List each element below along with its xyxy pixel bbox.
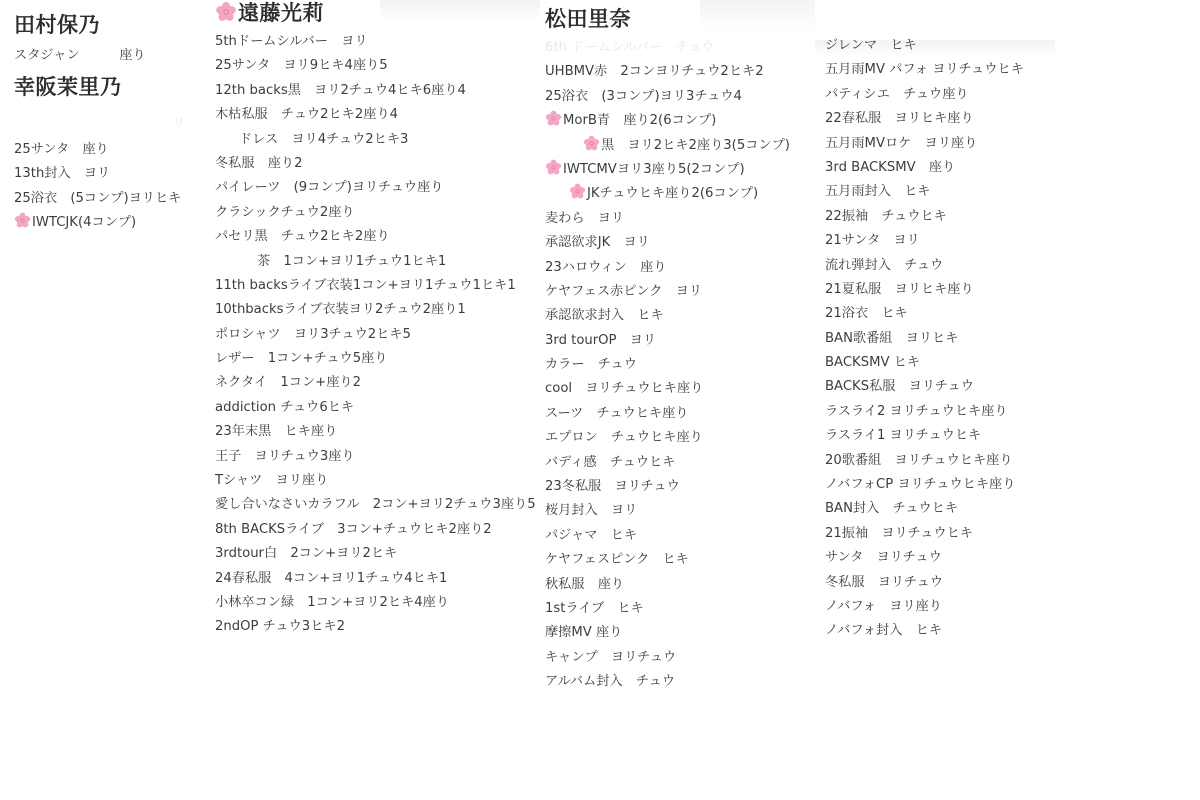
item-text: 3rdtour白 2コン+ヨリ2ヒキ [215, 546, 397, 561]
item-text: 王子 ヨリチュウ3座り [215, 449, 355, 464]
item-text: パセリ黒 チュウ2ヒキ2座り [215, 229, 390, 244]
member-name: 松田里奈 [545, 4, 790, 36]
list-item: UHBMV赤 2コンヨリチュウ2ヒキ2 [545, 60, 790, 84]
item-text: クラシックチュウ2座り [215, 205, 355, 220]
list-item: BAN歌番組 ヨリヒキ [825, 327, 1024, 351]
list-item: ノバフォ ヨリ座り [825, 595, 1024, 619]
list-item: 10thbacksライブ衣装ヨリ2チュウ2座り1 [215, 298, 536, 322]
item-text: 3rd tourOP ヨリ [545, 333, 656, 348]
item-text: バディ感 チュウヒキ [545, 455, 675, 470]
flower-icon [215, 1, 237, 23]
member-name-text: 遠藤光莉 [238, 1, 324, 25]
list-item: レザー 1コン+チュウ5座り [215, 347, 536, 371]
list-item: 12th backs黒 ヨリ2チュウ4ヒキ6座り4 [215, 79, 536, 103]
list-item: ケヤフェスピンク ヒキ [545, 548, 790, 572]
item-text: 木枯私服 チュウ2ヒキ2座り4 [215, 107, 398, 122]
list-item: パセリ黒 チュウ2ヒキ2座り [215, 225, 536, 249]
list-item: 2ndOP チュウ3ヒキ2 [215, 615, 536, 639]
item-text: 22春私服 ヨリヒキ座り [825, 111, 974, 126]
list-item: ラスライ2 ヨリチュウヒキ座り [825, 400, 1024, 424]
item-text: 21サンタ ヨリ [825, 233, 920, 248]
item-text: ラスライ2 ヨリチュウヒキ座り [825, 404, 1008, 419]
list-item: 22振袖 チュウヒキ [825, 205, 1024, 229]
item-text: スーツ チュウヒキ座り [545, 406, 688, 421]
list-item: リ [14, 104, 185, 138]
list-item: ポロシャツ ヨリ3チュウ2ヒキ5 [215, 323, 536, 347]
item-text: カラー チュウ [545, 357, 637, 372]
item-text: ケヤフェスピンク ヒキ [545, 552, 689, 567]
list-item: 3rd BACKSMV 座り [825, 156, 1024, 180]
list-item: 流れ弾封入 チュウ [825, 254, 1024, 278]
list-item: BACKSMV ヒキ [825, 351, 1024, 375]
column-tamura-kosaka: 田村保乃 スタジャン 座り 幸阪茉里乃 リ 25サンタ 座り 13th封入 ヨリ… [14, 8, 185, 236]
list-item: IWTCJK(4コンプ) [14, 211, 185, 235]
flower-icon [14, 212, 31, 229]
flower-icon [545, 159, 562, 176]
list-item: パティシエ チュウ座り [825, 83, 1024, 107]
list-item: MorB青 座り2(6コンプ) [545, 109, 790, 133]
item-text: ジレンマ ヒキ [825, 38, 917, 53]
item-text: 承認欲求JK ヨリ [545, 235, 650, 250]
item-text: 25浴衣 (3コンプ)ヨリ3チュウ4 [545, 89, 742, 104]
list-item: 23冬私服 ヨリチュウ [545, 475, 790, 499]
item-text: 小林卒コン緑 1コン+ヨリ2ヒキ4座り [215, 595, 449, 610]
list-item: 麦わら ヨリ [545, 207, 790, 231]
item-text: BACKSMV ヒキ [825, 355, 920, 370]
list-item: 23ハロウィン 座り [545, 256, 790, 280]
list-item: 1stライブ ヒキ [545, 597, 790, 621]
item-text: 承認欲求封入 ヒキ [545, 308, 664, 323]
item-text: 23年末黒 ヒキ座り [215, 424, 337, 439]
item-text: 愛し合いなさいカラフル 2コン+ヨリ2チュウ3座り5 [215, 497, 536, 512]
item-text: ドレス ヨリ4チュウ2ヒキ3 [239, 132, 408, 147]
item-text: 五月雨MVロケ ヨリ座り [825, 136, 977, 151]
list-item: 王子 ヨリチュウ3座り [215, 445, 536, 469]
list-item: ラスライ1 ヨリチュウヒキ [825, 424, 1024, 448]
item-text: ノバフォ封入 ヒキ [825, 623, 942, 638]
list-item: 6th ドームシルバー チュウ [545, 36, 790, 60]
list-item: ノバフォ封入 ヒキ [825, 619, 1024, 643]
item-text: ケヤフェス赤ピンク ヨリ [545, 284, 702, 299]
item-text: 茶 1コン+ヨリ1チュウ1ヒキ1 [257, 254, 446, 269]
item-text: 黒 ヨリ2ヒキ2座り3(5コンプ) [601, 138, 790, 153]
item-text: エプロン チュウヒキ座り [545, 430, 703, 445]
item-text: 冬私服 座り2 [215, 156, 303, 171]
item-text: ポロシャツ ヨリ3チュウ2ヒキ5 [215, 327, 411, 342]
flower-icon [583, 135, 600, 152]
list-item: 3rd tourOP ヨリ [545, 329, 790, 353]
list-item: サンタ ヨリチュウ [825, 546, 1024, 570]
list-item: クラシックチュウ2座り [215, 201, 536, 225]
item-text: 桜月封入 ヨリ [545, 503, 637, 518]
list-item: 愛し合いなさいカラフル 2コン+ヨリ2チュウ3座り5 [215, 493, 536, 517]
item-text: ラスライ1 ヨリチュウヒキ [825, 428, 981, 443]
list-item: 11th backsライブ衣装1コン+ヨリ1チュウ1ヒキ1 [215, 274, 536, 298]
member-name: 幸阪茉里乃 [14, 70, 185, 104]
list-item: 21振袖 ヨリチュウヒキ [825, 522, 1024, 546]
item-text: 23ハロウィン 座り [545, 260, 667, 275]
list-item: 8th BACKSライブ 3コン+チュウヒキ2座り2 [215, 518, 536, 542]
flower-icon [569, 183, 586, 200]
item-text: IWTCJK(4コンプ) [32, 215, 136, 230]
item-text: 24春私服 4コン+ヨリ1チュウ4ヒキ1 [215, 571, 447, 586]
item-text: Tシャツ ヨリ座り [215, 473, 328, 488]
list-item: 木枯私服 チュウ2ヒキ2座り4 [215, 103, 536, 127]
item-text: パジャマ ヒキ [545, 528, 637, 543]
item-text: MorB青 座り2(6コンプ) [563, 113, 716, 128]
list-item: IWTCMVヨリ3座り5(2コンプ) [545, 158, 790, 182]
list-item: 冬私服 ヨリチュウ [825, 571, 1024, 595]
list-item: 22春私服 ヨリヒキ座り [825, 107, 1024, 131]
member-name: 遠藤光莉 [215, 0, 536, 30]
item-text: サンタ ヨリチュウ [825, 550, 942, 565]
item-text: 6th ドームシルバー チュウ [545, 40, 715, 55]
list-item: 5thドームシルバー ヨリ [215, 30, 536, 54]
list-item: 秋私服 座り [545, 573, 790, 597]
flower-icon [545, 110, 562, 127]
list-item: 21夏私服 ヨリヒキ座り [825, 278, 1024, 302]
list-item: 21サンタ ヨリ [825, 229, 1024, 253]
item-text: UHBMV赤 2コンヨリチュウ2ヒキ2 [545, 64, 764, 79]
item-text: 5thドームシルバー ヨリ [215, 34, 368, 49]
item-text: 12th backs黒 ヨリ2チュウ4ヒキ6座り4 [215, 83, 466, 98]
item-text: パティシエ チュウ座り [825, 87, 969, 102]
column-matsuda-continued: ジレンマ ヒキ五月雨MV パフォ ヨリチュウヒキパティシエ チュウ座り22春私服… [825, 34, 1024, 644]
list-item: エプロン チュウヒキ座り [545, 426, 790, 450]
list-item: 茶 1コン+ヨリ1チュウ1ヒキ1 [215, 250, 536, 274]
list-item: 承認欲求JK ヨリ [545, 231, 790, 255]
list-item: 25サンタ 座り [14, 138, 185, 162]
list-item: 摩擦MV 座り [545, 621, 790, 645]
column-matsuda: 松田里奈 6th ドームシルバー チュウUHBMV赤 2コンヨリチュウ2ヒキ22… [545, 4, 790, 695]
item-text: ノバフォ ヨリ座り [825, 599, 942, 614]
member-name: 田村保乃 [14, 8, 185, 42]
list-item: 20歌番組 ヨリチュウヒキ座り [825, 449, 1024, 473]
list-item: スーツ チュウヒキ座り [545, 402, 790, 426]
item-text: 秋私服 座り [545, 577, 624, 592]
list-item: 21浴衣 ヒキ [825, 302, 1024, 326]
list-item: 24春私服 4コン+ヨリ1チュウ4ヒキ1 [215, 567, 536, 591]
list-item: 五月雨封入 ヒキ [825, 180, 1024, 204]
list-item: BAN封入 チュウヒキ [825, 497, 1024, 521]
item-text: cool ヨリチュウヒキ座り [545, 381, 703, 396]
item-text: 21振袖 ヨリチュウヒキ [825, 526, 973, 541]
item-text: BAN封入 チュウヒキ [825, 501, 958, 516]
item-text: 8th BACKSライブ 3コン+チュウヒキ2座り2 [215, 522, 492, 537]
item-text: BACKS私服 ヨリチュウ [825, 379, 974, 394]
item-text: 23冬私服 ヨリチュウ [545, 479, 680, 494]
item-text: 3rd BACKSMV 座り [825, 160, 955, 175]
list-item: ジレンマ ヒキ [825, 34, 1024, 58]
list-item: スタジャン 座り [14, 42, 185, 70]
list-item: ノバフォCP ヨリチュウヒキ座り [825, 473, 1024, 497]
item-text: 1stライブ ヒキ [545, 601, 644, 616]
item-text: BAN歌番組 ヨリヒキ [825, 331, 958, 346]
list-item: パイレーツ (9コンプ)ヨリチュウ座り [215, 176, 536, 200]
item-text: 10thbacksライブ衣装ヨリ2チュウ2座り1 [215, 302, 466, 317]
item-text: 22振袖 チュウヒキ [825, 209, 947, 224]
item-text: 21浴衣 ヒキ [825, 306, 908, 321]
item-text: ネクタイ 1コン+座り2 [215, 375, 361, 390]
list-item: 五月雨MV パフォ ヨリチュウヒキ [825, 58, 1024, 82]
list-item: 25浴衣 (5コンプ)ヨリヒキ [14, 187, 185, 211]
item-text: 25サンタ ヨリ9ヒキ4座り5 [215, 58, 388, 73]
list-item: 23年末黒 ヒキ座り [215, 420, 536, 444]
list-item: キャンプ ヨリチュウ [545, 646, 790, 670]
item-text: 麦わら ヨリ [545, 211, 624, 226]
list-item: カラー チュウ [545, 353, 790, 377]
column-endo: 遠藤光莉 5thドームシルバー ヨリ25サンタ ヨリ9ヒキ4座り512th ba… [215, 0, 536, 640]
item-text: キャンプ ヨリチュウ [545, 650, 676, 665]
list-item: 五月雨MVロケ ヨリ座り [825, 132, 1024, 156]
item-text: 五月雨MV パフォ ヨリチュウヒキ [825, 62, 1024, 77]
item-text: 11th backsライブ衣装1コン+ヨリ1チュウ1ヒキ1 [215, 278, 516, 293]
item-text: 2ndOP チュウ3ヒキ2 [215, 619, 345, 634]
item-text: JKチュウヒキ座り2(6コンプ) [587, 186, 758, 201]
list-item: ドレス ヨリ4チュウ2ヒキ3 [215, 128, 536, 152]
list-item: 25サンタ ヨリ9ヒキ4座り5 [215, 54, 536, 78]
list-item: ネクタイ 1コン+座り2 [215, 371, 536, 395]
item-text: 冬私服 ヨリチュウ [825, 575, 943, 590]
item-text: ノバフォCP ヨリチュウヒキ座り [825, 477, 1015, 492]
item-text: 流れ弾封入 チュウ [825, 258, 943, 273]
item-text: 20歌番組 ヨリチュウヒキ座り [825, 453, 1013, 468]
item-text: 21夏私服 ヨリヒキ座り [825, 282, 974, 297]
item-text: レザー 1コン+チュウ5座り [215, 351, 388, 366]
list-item: ケヤフェス赤ピンク ヨリ [545, 280, 790, 304]
item-text: パイレーツ (9コンプ)ヨリチュウ座り [215, 180, 444, 195]
list-item: 3rdtour白 2コン+ヨリ2ヒキ [215, 542, 536, 566]
list-item: cool ヨリチュウヒキ座り [545, 377, 790, 401]
item-text: 摩擦MV 座り [545, 625, 622, 640]
list-item: JKチュウヒキ座り2(6コンプ) [545, 182, 790, 206]
list-item: 小林卒コン緑 1コン+ヨリ2ヒキ4座り [215, 591, 536, 615]
item-text: addiction チュウ6ヒキ [215, 400, 354, 415]
list-item: 冬私服 座り2 [215, 152, 536, 176]
list-item: 承認欲求封入 ヒキ [545, 304, 790, 328]
item-text: 五月雨封入 ヒキ [825, 184, 931, 199]
list-item: 25浴衣 (3コンプ)ヨリ3チュウ4 [545, 85, 790, 109]
item-text: アルバム封入 チュウ [545, 674, 675, 689]
list-item: 桜月封入 ヨリ [545, 499, 790, 523]
list-item: addiction チュウ6ヒキ [215, 396, 536, 420]
list-item: アルバム封入 チュウ [545, 670, 790, 694]
list-item: バディ感 チュウヒキ [545, 451, 790, 475]
list-item: 黒 ヨリ2ヒキ2座り3(5コンプ) [545, 134, 790, 158]
item-text: IWTCMVヨリ3座り5(2コンプ) [563, 162, 745, 177]
list-item: BACKS私服 ヨリチュウ [825, 375, 1024, 399]
list-item: Tシャツ ヨリ座り [215, 469, 536, 493]
list-item: パジャマ ヒキ [545, 524, 790, 548]
list-item: 13th封入 ヨリ [14, 162, 185, 186]
